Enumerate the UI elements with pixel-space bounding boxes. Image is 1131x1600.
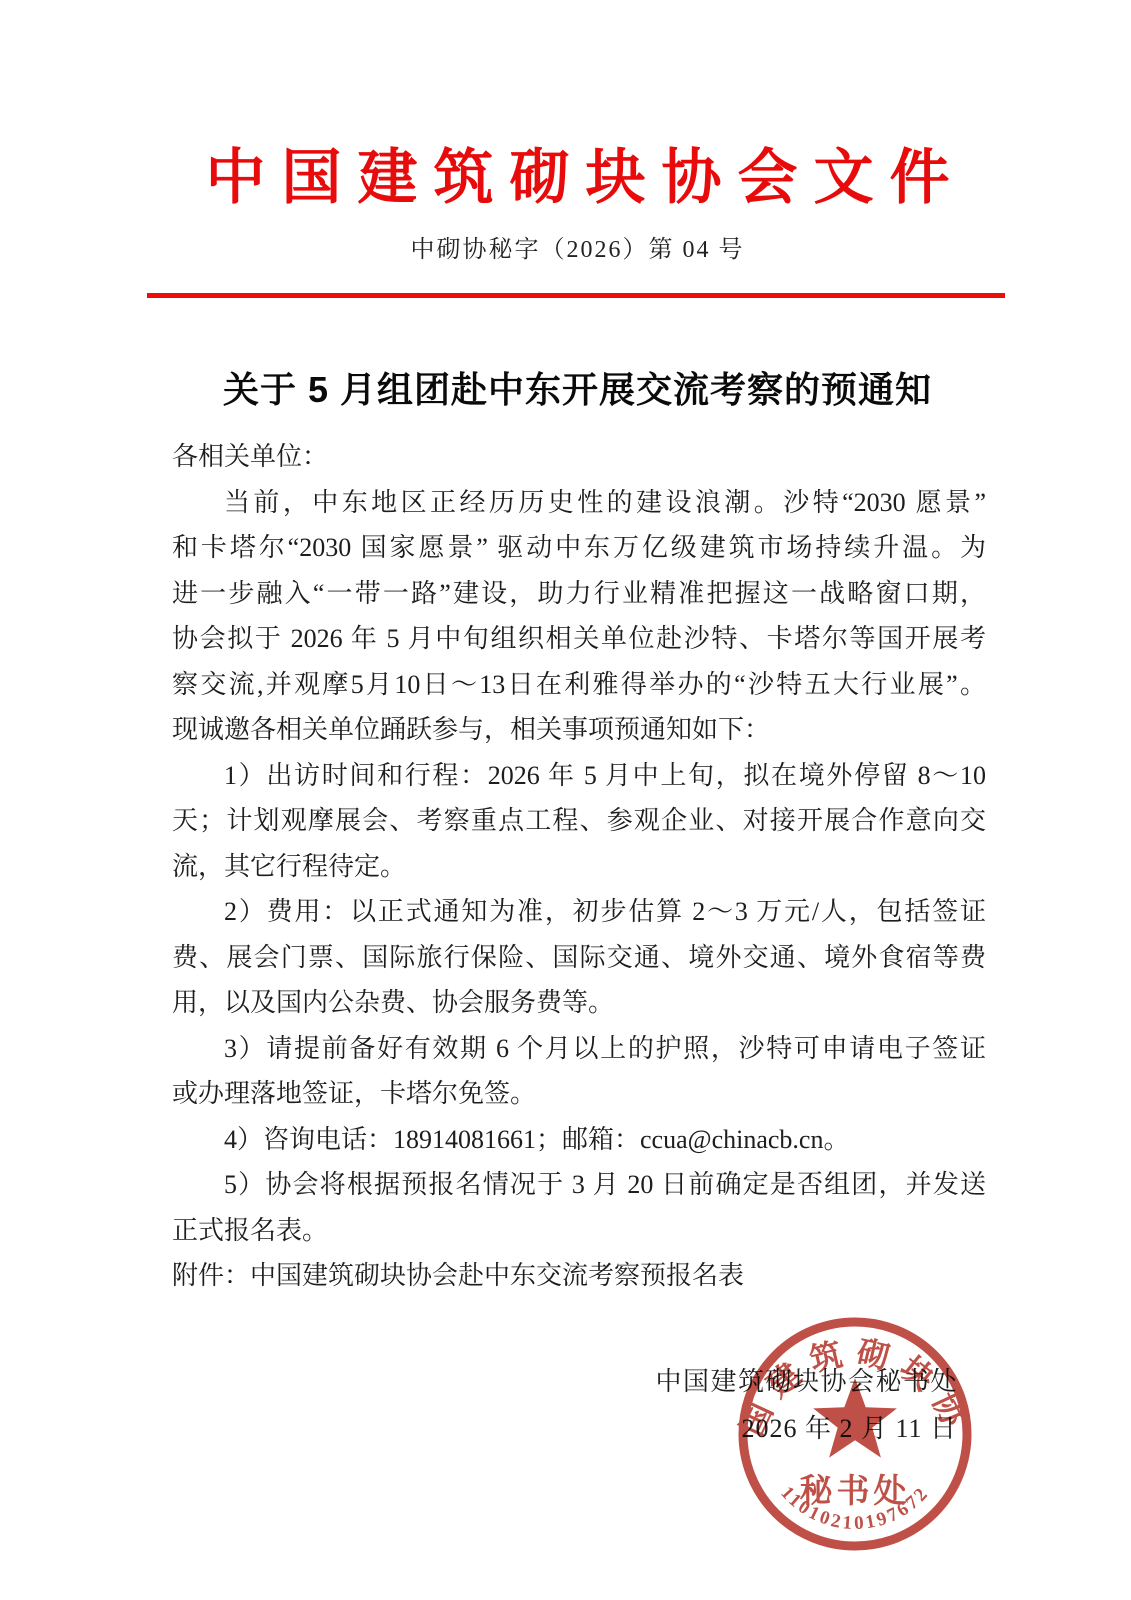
org-header-title: 中国建筑砌块协会文件 xyxy=(24,130,1131,216)
body-line: 和卡塔尔“2030 国家愿景” 驱动中东万亿级建筑市场持续升温。为 xyxy=(172,525,986,571)
body-line: 用，以及国内公杂费、协会服务费等。 xyxy=(172,980,986,1026)
red-divider-rule xyxy=(147,293,1005,298)
body-line: 当前，中东地区正经历历史性的建设浪潮。沙特“2030 愿景” xyxy=(172,480,986,526)
body-line: 1）出访时间和行程：2026 年 5 月中上旬，拟在境外停留 8～10 xyxy=(172,753,986,799)
body-line: 现诚邀各相关单位踊跃参与，相关事项预通知如下： xyxy=(172,707,986,753)
document-page: 中国建筑砌块协会文件 中砌协秘字（2026）第 04 号 关于 5 月组团赴中东… xyxy=(0,0,1131,1600)
seal-graphic: 中国建筑砌块协会 秘书处 11010210197672 xyxy=(735,1314,975,1546)
doc-number: 中砌协秘字（2026）第 04 号 xyxy=(24,229,1131,264)
body-line: 2）费用：以正式通知为准，初步估算 2～3 万元/人，包括签证 xyxy=(172,889,986,935)
official-seal: 中国建筑砌块协会 秘书处 11010210197672 xyxy=(735,1314,975,1554)
body-line: 5）协会将根据预报名情况于 3 月 20 日前确定是否组团，并发送 xyxy=(172,1162,986,1208)
body-line: 或办理落地签证，卡塔尔免签。 xyxy=(172,1071,986,1117)
body-line: 进一步融入“一带一路”建设，助力行业精准把握这一战略窗口期， xyxy=(172,571,986,617)
body-line: 费、展会门票、国际旅行保险、国际交通、境外交通、境外食宿等费 xyxy=(172,935,986,981)
document-title: 关于 5 月组团赴中东开展交流考察的预通知 xyxy=(24,362,1131,413)
body-line: 协会拟于 2026 年 5 月中旬组织相关单位赴沙特、卡塔尔等国开展考 xyxy=(172,616,986,662)
body-text: 各相关单位：当前，中东地区正经历历史性的建设浪潮。沙特“2030 愿景”和卡塔尔… xyxy=(172,434,986,1299)
body-line: 正式报名表。 xyxy=(172,1208,986,1254)
body-line: 天；计划观摩展会、考察重点工程、参观企业、对接开展合作意向交 xyxy=(172,798,986,844)
seal-star-icon xyxy=(813,1378,897,1458)
body-line: 察交流,并观摩5月10日～13日在利雅得举办的“沙特五大行业展”。 xyxy=(172,662,986,708)
body-line: 3）请提前备好有效期 6 个月以上的护照，沙特可申请电子签证 xyxy=(172,1026,986,1072)
body-line: 4）咨询电话：18914081661；邮箱：ccua@chinacb.cn。 xyxy=(172,1117,986,1163)
body-line: 附件：中国建筑砌块协会赴中东交流考察预报名表 xyxy=(172,1253,986,1299)
body-line: 流，其它行程待定。 xyxy=(172,844,986,890)
body-line: 各相关单位： xyxy=(172,434,986,480)
